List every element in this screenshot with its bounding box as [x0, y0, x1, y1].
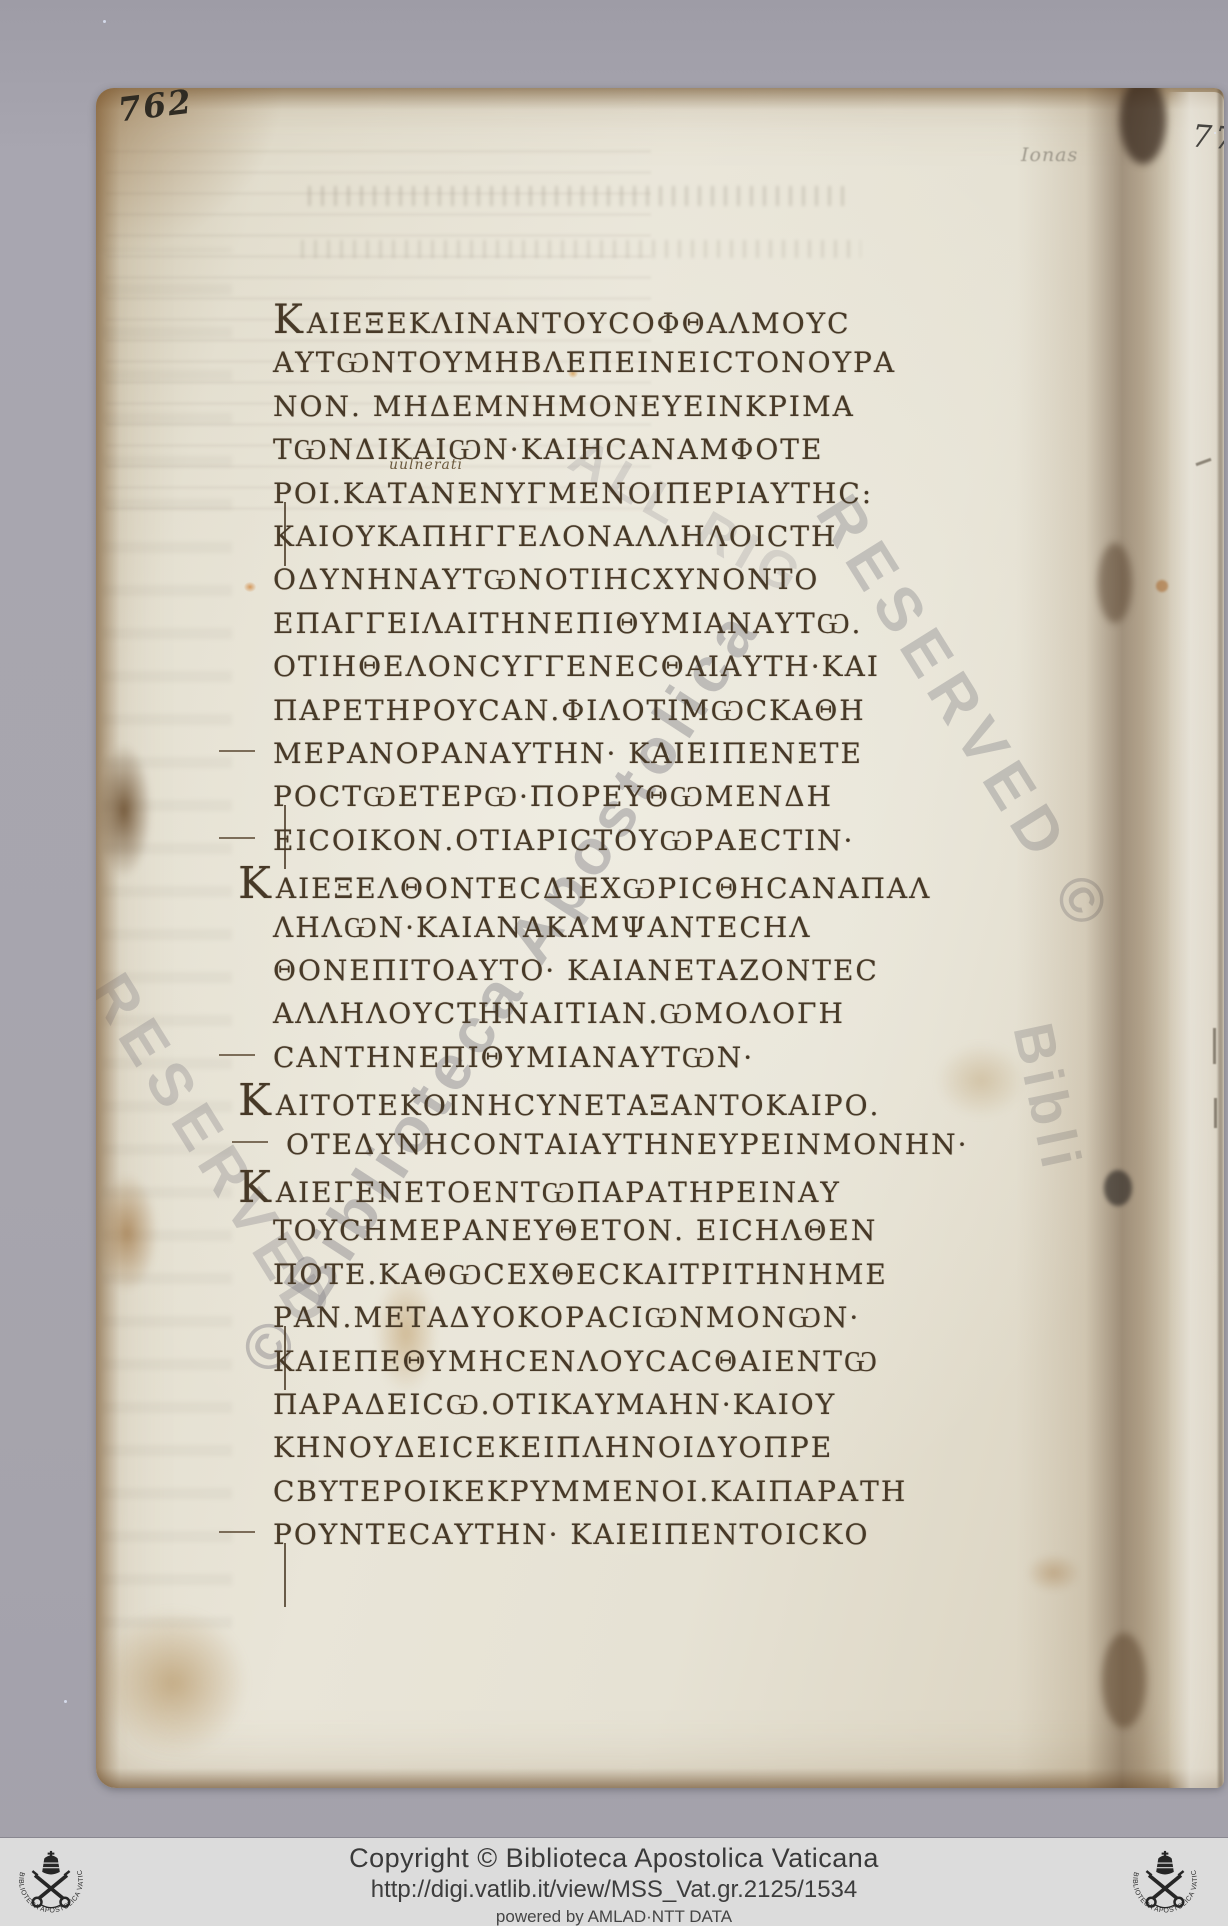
manuscript-line-text: ΡΟϹΤѠΕΤΕΡѠ·ΠΟΡΕΥΘѠΜΕΝΔΗ: [273, 780, 833, 813]
manuscript-line-text: ΚΑΙΕΓΕΝΕΤΟΕΝΤѠΠΑΡΑΤΗΡΕΙΝΑΥ: [238, 1176, 841, 1209]
manuscript-line: ΚΑΙΕΠΕΘΥΜΗϹΕΝΛΟΥϹΑϹΘΑΙΕΝΤѠ: [273, 1342, 879, 1382]
margin-mark: [219, 1531, 255, 1533]
manuscript-line-text: ΡΑΝ.ΜΕΤΑΔΥΟΚΟΡΑϹΙѠΝΜΟΝѠΝ·: [273, 1301, 860, 1334]
svg-text:BIBLIOTECA APOSTOLICA VATICANA: BIBLIOTECA APOSTOLICA VATICANA: [9, 1840, 85, 1914]
manuscript-line: ΚΑΙΕΞΕΚΛΙΝΑΝΤΟΥϹΟΦΘΑΛΜΟΥϹ: [273, 300, 851, 344]
manuscript-line: ΚΗΝΟΥΔΕΙϹΕΚΕΙΠΛΗΝΟΙΔΥΟΠΡΕ: [273, 1428, 833, 1468]
vatican-library-logo: BIBLIOTECA APOSTOLICA VATICANA: [9, 1840, 93, 1924]
manuscript-line: ΘΟΝΕΠΙΤΟΑΥΤΟ· ΚΑΙΑΝΕΤΑΖΟΝΤΕϹ: [273, 951, 879, 991]
manuscript-line: ΚΑΙΕΓΕΝΕΤΟΕΝΤѠΠΑΡΑΤΗΡΕΙΝΑΥ: [238, 1168, 841, 1213]
digitized-manuscript-page: { "photo": { "left_folio_number": "762",…: [0, 0, 1228, 1926]
dust-speck: [64, 1700, 67, 1703]
manuscript-line: ΝΟΝ. ΜΗΔΕΜΝΗΜΟΝΕΥΕΙΝΚΡΙΜΑ: [273, 387, 855, 427]
manuscript-line: ΕΙϹΟΙΚΟΝ.ΟΤΙΑΡΙϹΤΟΥѠΡΑΕϹΤΙΝ·: [273, 821, 854, 861]
manuscript-line-text: ΚΑΙΤΟΤΕΚΟΙΝΗϹΥΝΕΤΑΞΑΝΤΟΚΑΙΡΟ.: [238, 1089, 880, 1122]
manuscript-line: ϹΑΝΤΗΝΕΠΙΘΥΜΙΑΝΑΥΤѠΝ·: [273, 1038, 754, 1078]
manuscript-line: ΟΤΕΔΥΝΗϹΟΝΤΑΙΑΥΤΗΝΕΥΡΕΙΝΜΟΝΗΝ·: [286, 1125, 969, 1165]
manuscript-line-text: ΝΟΝ. ΜΗΔΕΜΝΗΜΟΝΕΥΕΙΝΚΡΙΜΑ: [273, 390, 855, 423]
papal-tiara-keys-emblem: [1146, 1851, 1185, 1908]
manuscript-line: ΡΑΝ.ΜΕΤΑΔΥΟΚΟΡΑϹΙѠΝΜΟΝѠΝ·: [273, 1298, 860, 1338]
manuscript-line: ΚΑΙΤΟΤΕΚΟΙΝΗϹΥΝΕΤΑΞΑΝΤΟΚΑΙΡΟ.: [238, 1081, 880, 1126]
margin-mark: [219, 750, 255, 752]
manuscript-line-text: ΚΑΙΕΞΕΛΘΟΝΤΕϹΔΙΕΧѠΡΙϹΘΗϹΑΝΑΠΑΛ: [238, 872, 931, 905]
manuscript-line-text: ΚΑΙΕΞΕΚΛΙΝΑΝΤΟΥϹΟΦΘΑΛΜΟΥϹ: [273, 307, 851, 340]
manuscript-line-text: ΤΟΥϹΗΜΕΡΑΝΕΥΘΕΤΟΝ. ΕΙϹΗΛΘΕΝ: [273, 1214, 877, 1247]
manuscript-line: ΑΛΛΗΛΟΥϹΤΗΝΑΙΤΙΑΝ.ѠΜΟΛΟΓΗ: [273, 994, 845, 1034]
manuscript-line: ΡΟΥΝΤΕϹΑΥΤΗΝ· ΚΑΙΕΙΠΕΝΤΟΙϹΚΟ: [273, 1515, 869, 1555]
stain: [98, 1608, 248, 1758]
faint-title-inscription: Ionas: [1021, 144, 1078, 166]
manuscript-line-text: ϹΑΝΤΗΝΕΠΙΘΥΜΙΑΝΑΥΤѠΝ·: [273, 1041, 754, 1074]
dust-speck: [103, 20, 106, 23]
manuscript-line: ΕΠΑΓΓΕΙΛΑΙΤΗΝΕΠΙΘΥΜΙΑΝΑΥΤѠ.: [273, 604, 862, 644]
vatican-library-logo: BIBLIOTECA APOSTOLICA VATICANA: [1123, 1840, 1207, 1924]
manuscript-line-text: ΠΟΤΕ.ΚΑΘѠϹΕΧΘΕϹΚΑΙΤΡΙΤΗΝΗΜΕ: [273, 1258, 888, 1291]
logo-arc-text: BIBLIOTECA APOSTOLICA VATICANA: [1123, 1840, 1199, 1914]
manuscript-line-text: ΠΑΡΑΔΕΙϹѠ.ΟΤΙΚΑΥΜΑΗΝ·ΚΑΙΟΥ: [273, 1388, 836, 1421]
dust-speck: [1214, 132, 1216, 134]
verso-show-through-line: [308, 186, 848, 206]
manuscript-line: ΡΟΙ.ΚΑΤΑΝΕΝΥΓΜΕΝΟΙΠΕΡΙΑΥΤΗϹ:: [273, 474, 873, 514]
manuscript-line-text: ΕΠΑΓΓΕΙΛΑΙΤΗΝΕΠΙΘΥΜΙΑΝΑΥΤѠ.: [273, 607, 862, 640]
manuscript-line-text: ΚΗΝΟΥΔΕΙϹΕΚΕΙΠΛΗΝΟΙΔΥΟΠΡΕ: [273, 1431, 833, 1464]
gutter-blotch: [1102, 1633, 1146, 1728]
manuscript-text-block: ΚΑΙΕΞΕΚΛΙΝΑΝΤΟΥϹΟΦΘΑΛΜΟΥϹΑΥΤѠΝΤΟΥΜΗΒΛΕΠΕ…: [96, 300, 1224, 1620]
manuscript-line: ΚΑΙΟΥΚΑΠΗΓΓΕΛΟΝΑΛΛΗΛΟΙϹΤΗ: [273, 517, 837, 557]
manuscript-line-text: ΡΟΙ.ΚΑΤΑΝΕΝΥΓΜΕΝΟΙΠΕΡΙΑΥΤΗϹ:: [273, 477, 873, 510]
manuscript-spread: © Biblioteca ApostolicaRESERVED ©RESERVE…: [96, 88, 1224, 1788]
manuscript-line: ΜΕΡΑΝΟΡΑΝΑΥΤΗΝ· ΚΑΙΕΙΠΕΝΕΤΕ: [273, 734, 863, 774]
manuscript-line-text: ΟΤΕΔΥΝΗϹΟΝΤΑΙΑΥΤΗΝΕΥΡΕΙΝΜΟΝΗΝ·: [286, 1128, 969, 1161]
margin-mark: [219, 837, 255, 839]
manuscript-line-text: ΛΗΛѠΝ·ΚΑΙΑΝΑΚΑΜΨΑΝΤΕϹΗΛ: [273, 911, 812, 944]
manuscript-line-text: ΟΤΙΗΘΕΛΟΝϹΥΓΓΕΝΕϹΘΑΙΑΥΤΗ·ΚΑΙ: [273, 650, 880, 683]
manuscript-line-text: ΘΟΝΕΠΙΤΟΑΥΤΟ· ΚΑΙΑΝΕΤΑΖΟΝΤΕϹ: [273, 954, 879, 987]
manuscript-line-text: ΠΑΡΕΤΗΡΟΥϹΑΝ.ΦΙΛΟΤΙΜѠϹΚΑΘΗ: [273, 694, 866, 727]
verso-show-through-line: [301, 240, 861, 258]
manuscript-line: ΟΔΥΝΗΝΑΥΤѠΝΟΤΙΗϹΧΥΝΟΝΤΟ: [273, 560, 819, 600]
copyright-footer: BIBLIOTECA APOSTOLICA VATICANA Copyright…: [0, 1838, 1228, 1926]
margin-mark: [232, 1141, 268, 1143]
manuscript-line-text: ΚΑΙΟΥΚΑΠΗΓΓΕΛΟΝΑΛΛΗΛΟΙϹΤΗ: [273, 520, 837, 553]
manuscript-line: ϹΒΥΤΕΡΟΙΚΕΚΡΥΜΜΕΝΟΙ.ΚΑΙΠΑΡΑΤΗ: [273, 1472, 907, 1512]
manuscript-line: ΠΑΡΑΔΕΙϹѠ.ΟΤΙΚΑΥΜΑΗΝ·ΚΑΙΟΥ: [273, 1385, 836, 1425]
manuscript-line: ΤѠΝΔΙΚΑΙѠΝ·ΚΑΙΗϹΑΝΑΜΦΟΤΕ: [273, 430, 823, 470]
footer-url: http://digi.vatlib.it/view/MSS_Vat.gr.21…: [371, 1876, 858, 1904]
manuscript-line: ΠΑΡΕΤΗΡΟΥϹΑΝ.ΦΙΛΟΤΙΜѠϹΚΑΘΗ: [273, 691, 866, 731]
manuscript-line: ΑΥΤѠΝΤΟΥΜΗΒΛΕΠΕΙΝΕΙϹΤΟΝΟΥΡΑ: [273, 343, 896, 383]
manuscript-line: ΤΟΥϹΗΜΕΡΑΝΕΥΘΕΤΟΝ. ΕΙϹΗΛΘΕΝ: [273, 1211, 877, 1251]
manuscript-line-text: ΜΕΡΑΝΟΡΑΝΑΥΤΗΝ· ΚΑΙΕΙΠΕΝΕΤΕ: [273, 737, 863, 770]
manuscript-line-text: ΑΥΤѠΝΤΟΥΜΗΒΛΕΠΕΙΝΕΙϹΤΟΝΟΥΡΑ: [273, 346, 896, 379]
manuscript-line-text: ΚΑΙΕΠΕΘΥΜΗϹΕΝΛΟΥϹΑϹΘΑΙΕΝΤѠ: [273, 1345, 879, 1378]
latin-gloss: uulnerati: [389, 457, 463, 473]
folio-number-right: 77: [1191, 118, 1224, 157]
footer-copyright-text: Copyright © Biblioteca Apostolica Vatica…: [349, 1843, 879, 1874]
manuscript-line: ΚΑΙΕΞΕΛΘΟΝΤΕϹΔΙΕΧѠΡΙϹΘΗϹΑΝΑΠΑΛ: [238, 864, 931, 909]
manuscript-line-text: ΟΔΥΝΗΝΑΥΤѠΝΟΤΙΗϹΧΥΝΟΝΤΟ: [273, 563, 819, 596]
manuscript-line-text: ΤѠΝΔΙΚΑΙѠΝ·ΚΑΙΗϹΑΝΑΜΦΟΤΕ: [273, 433, 823, 466]
papal-tiara-keys-emblem: [32, 1851, 71, 1908]
manuscript-line-text: ΕΙϹΟΙΚΟΝ.ΟΤΙΑΡΙϹΤΟΥѠΡΑΕϹΤΙΝ·: [273, 824, 854, 857]
manuscript-line: ΛΗΛѠΝ·ΚΑΙΑΝΑΚΑΜΨΑΝΤΕϹΗΛ: [273, 908, 812, 948]
manuscript-line: ΟΤΙΗΘΕΛΟΝϹΥΓΓΕΝΕϹΘΑΙΑΥΤΗ·ΚΑΙ: [273, 647, 880, 687]
manuscript-line: ΡΟϹΤѠΕΤΕΡѠ·ΠΟΡΕΥΘѠΜΕΝΔΗ: [273, 777, 833, 817]
manuscript-line-text: ϹΒΥΤΕΡΟΙΚΕΚΡΥΜΜΕΝΟΙ.ΚΑΙΠΑΡΑΤΗ: [273, 1475, 907, 1508]
manuscript-line: ΠΟΤΕ.ΚΑΘѠϹΕΧΘΕϹΚΑΙΤΡΙΤΗΝΗΜΕ: [273, 1255, 888, 1295]
margin-mark: [219, 1054, 255, 1056]
footer-powered-by: powered by AMLAD·NTT DATA: [496, 1907, 732, 1926]
manuscript-line-text: ΡΟΥΝΤΕϹΑΥΤΗΝ· ΚΑΙΕΙΠΕΝΤΟΙϹΚΟ: [273, 1518, 869, 1551]
manuscript-line-text: ΑΛΛΗΛΟΥϹΤΗΝΑΙΤΙΑΝ.ѠΜΟΛΟΓΗ: [273, 997, 845, 1030]
svg-text:BIBLIOTECA APOSTOLICA VATICANA: BIBLIOTECA APOSTOLICA VATICANA: [1123, 1840, 1199, 1914]
logo-arc-text: BIBLIOTECA APOSTOLICA VATICANA: [9, 1840, 85, 1914]
